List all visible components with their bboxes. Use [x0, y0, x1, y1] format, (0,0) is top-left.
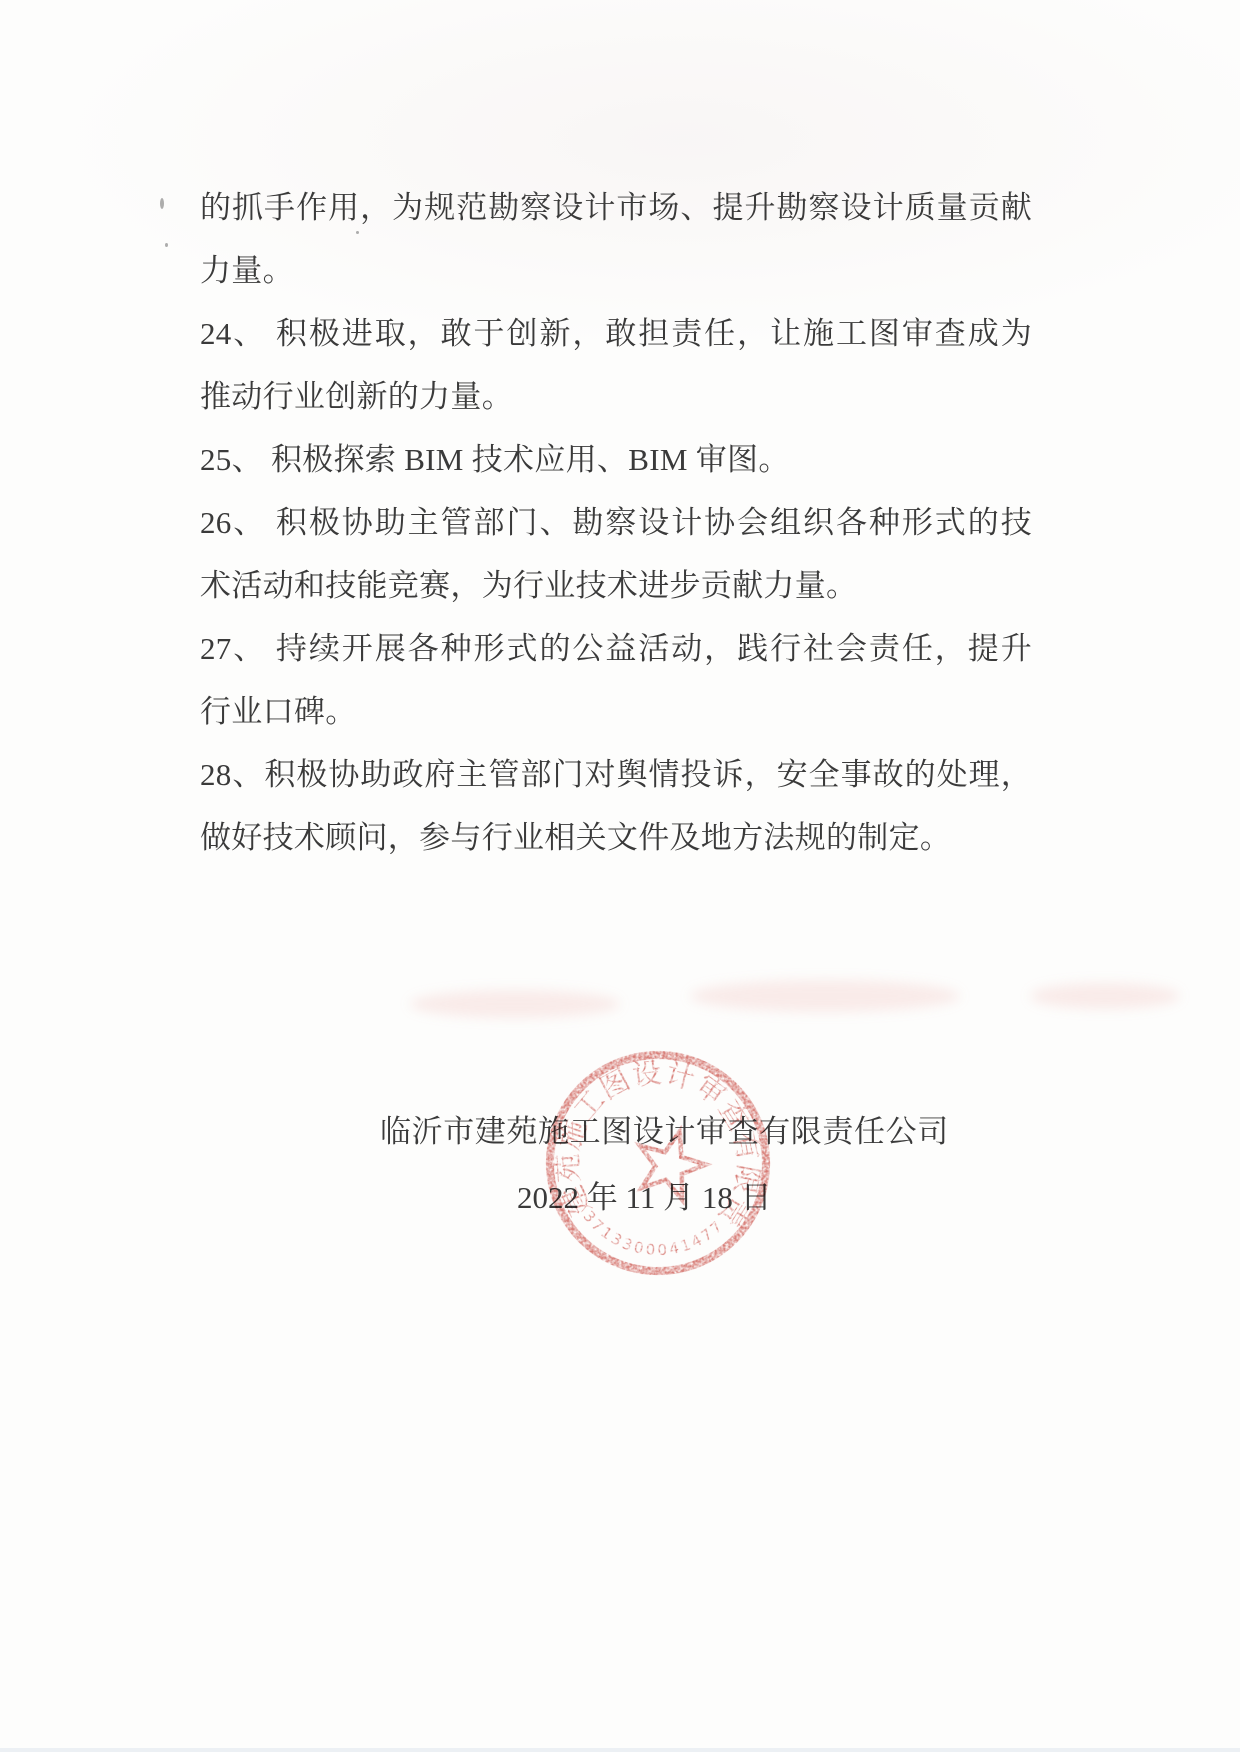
ink-smudge [690, 980, 960, 1012]
ink-smudge [410, 990, 620, 1018]
scan-speck [356, 231, 359, 234]
scanned-page: 的抓手作用，为规范勘察设计市场、提升勘察设计质量贡献 力量。 24、 积极进取，… [0, 0, 1240, 1752]
ink-smudge [1030, 983, 1180, 1009]
seal-svg: 临沂市建苑施工图设计审查有限责任公司 3713300041477 [509, 1014, 808, 1313]
seal-ring-text: 临沂市建苑施工图设计审查有限责任公司 [547, 1049, 772, 1235]
document-line: 术活动和技能竞赛，为行业技术进步贡献力量。 [200, 554, 1032, 617]
document-line: 28、积极协助政府主管部门对舆情投诉，安全事故的处理， [200, 743, 1032, 806]
document-body: 的抓手作用，为规范勘察设计市场、提升勘察设计质量贡献 力量。 24、 积极进取，… [200, 176, 1032, 869]
document-line: 做好技术顾问，参与行业相关文件及地方法规的制定。 [200, 806, 1032, 869]
document-line: 行业口碑。 [200, 680, 1032, 743]
document-line: 24、 积极进取，敢于创新，敢担责任，让施工图审查成为 [200, 302, 1032, 365]
document-line: 力量。 [200, 239, 1032, 302]
company-seal-stamp: 临沂市建苑施工图设计审查有限责任公司 3713300041477 [509, 1014, 808, 1313]
scan-speck [160, 198, 164, 209]
scan-bottom-edge [0, 1748, 1240, 1752]
document-line: 26、 积极协助主管部门、勘察设计协会组织各种形式的技 [200, 491, 1032, 554]
document-line: 推动行业创新的力量。 [200, 365, 1032, 428]
document-line: 27、 持续开展各种形式的公益活动，践行社会责任，提升 [200, 617, 1032, 680]
star-icon [629, 1122, 713, 1203]
document-line: 25、 积极探索 BIM 技术应用、BIM 审图。 [200, 428, 1032, 491]
scan-speck [165, 243, 168, 247]
document-line: 的抓手作用，为规范勘察设计市场、提升勘察设计质量贡献 [200, 176, 1032, 239]
